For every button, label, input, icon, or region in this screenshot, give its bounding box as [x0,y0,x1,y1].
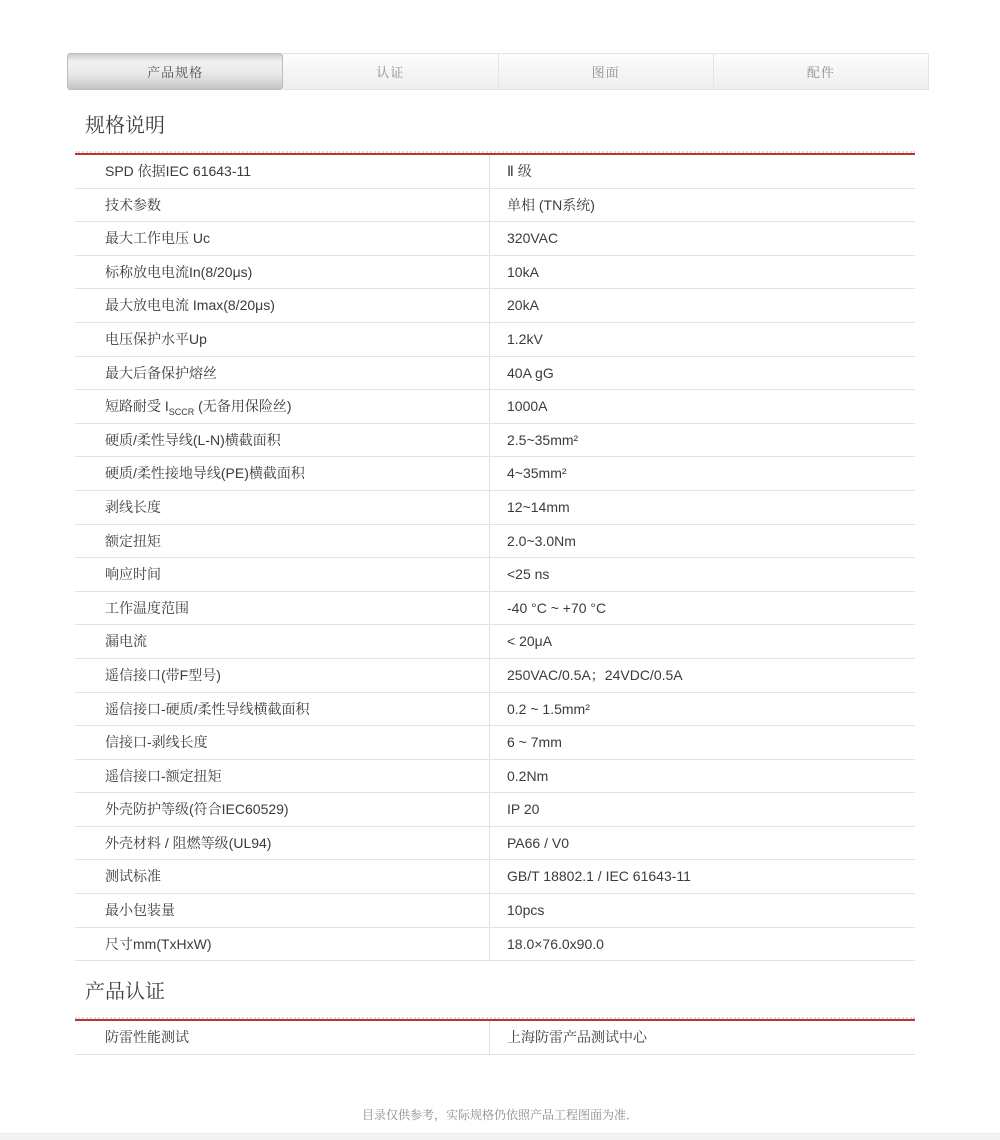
table-row: 外壳材料 / 阻燃等级(UL94) PA66 / V0 [75,827,915,861]
spec-label-text: (无备用保险丝) [194,398,291,414]
cert-value: 上海防雷产品测试中心 [490,1021,915,1054]
spec-value: GB/T 18802.1 / IEC 61643-11 [490,860,915,893]
spec-label: 最大工作电压 Uc [75,222,490,255]
table-row: 遥信接口-额定扭矩 0.2Nm [75,760,915,794]
spec-label: 剥线长度 [75,491,490,524]
spec-value: 12~14mm [490,491,915,524]
spec-section-title: 规格说明 [85,114,915,138]
spec-label: 工作温度范围 [75,592,490,625]
spec-value: 20kA [490,289,915,322]
spec-label: 标称放电电流In(8/20μs) [75,256,490,289]
spec-value: 0.2 ~ 1.5mm² [490,693,915,726]
table-row: 标称放电电流In(8/20μs) 10kA [75,256,915,290]
tab-bar: 产品规格 认证 图面 配件 [67,53,929,90]
table-row: 最大放电电流 Imax(8/20μs) 20kA [75,289,915,323]
table-row: 最大工作电压 Uc 320VAC [75,222,915,256]
table-row: 尺寸mm(TxHxW) 18.0×76.0x90.0 [75,928,915,962]
spec-value: 18.0×76.0x90.0 [490,928,915,961]
disclaimer-note: 目录仅供参考，实际规格仍依照产品工程图面为准． [0,1106,1000,1123]
spec-label: 最小包装量 [75,894,490,927]
spec-label: 漏电流 [75,625,490,658]
spec-label: 遥信接口-额定扭矩 [75,760,490,793]
spec-value: 320VAC [490,222,915,255]
table-row: 漏电流 < 20μA [75,625,915,659]
spec-label: 额定扭矩 [75,525,490,558]
spec-label: 测试标准 [75,860,490,893]
table-row: 最大后备保护熔丝 40A gG [75,357,915,391]
spec-table: SPD 依据IEC 61643-11 Ⅱ 级 技术参数 单相 (TN系统) 最大… [75,155,915,961]
table-row: SPD 依据IEC 61643-11 Ⅱ 级 [75,155,915,189]
spec-value: 2.5~35mm² [490,424,915,457]
table-row: 硬质/柔性导线(L-N)横截面积 2.5~35mm² [75,424,915,458]
spec-label: 最大放电电流 Imax(8/20μs) [75,289,490,322]
spec-value: -40 °C ~ +70 °C [490,592,915,625]
spec-value: 250VAC/0.5A；24VDC/0.5A [490,659,915,692]
spec-value: < 20μA [490,625,915,658]
spec-value: 2.0~3.0Nm [490,525,915,558]
spec-value: 6 ~ 7mm [490,726,915,759]
spec-value: 0.2Nm [490,760,915,793]
cert-label: 防雷性能测试 [75,1021,490,1054]
bottom-divider-band [0,1133,1000,1140]
table-row: 短路耐受 ISCCR (无备用保险丝) 1000A [75,390,915,424]
table-row: 工作温度范围 -40 °C ~ +70 °C [75,592,915,626]
certification-section-title: 产品认证 [85,980,915,1004]
certification-table: 防雷性能测试 上海防雷产品测试中心 [75,1021,915,1055]
spec-label: 遥信接口(带F型号) [75,659,490,692]
tab-accessories[interactable]: 配件 [714,53,929,90]
table-row: 剥线长度 12~14mm [75,491,915,525]
table-row: 遥信接口-硬质/柔性导线横截面积 0.2 ~ 1.5mm² [75,693,915,727]
tab-drawings[interactable]: 图面 [499,53,714,90]
spec-label-subscript: SCCR [169,407,195,417]
spec-label: 短路耐受 ISCCR (无备用保险丝) [75,390,490,423]
spec-value: 4~35mm² [490,457,915,490]
table-row: 额定扭矩 2.0~3.0Nm [75,525,915,559]
spec-label: 最大后备保护熔丝 [75,357,490,390]
table-row: 信接口-剥线长度 6 ~ 7mm [75,726,915,760]
spec-value: PA66 / V0 [490,827,915,860]
table-row: 技术参数 单相 (TN系统) [75,189,915,223]
table-row: 测试标准 GB/T 18802.1 / IEC 61643-11 [75,860,915,894]
spec-label: 信接口-剥线长度 [75,726,490,759]
table-row: 响应时间 <25 ns [75,558,915,592]
table-row: 外壳防护等级(符合IEC60529) IP 20 [75,793,915,827]
spec-value: <25 ns [490,558,915,591]
spec-label: 外壳防护等级(符合IEC60529) [75,793,490,826]
spec-value: IP 20 [490,793,915,826]
table-row: 遥信接口(带F型号) 250VAC/0.5A；24VDC/0.5A [75,659,915,693]
table-row: 电压保护水平Up 1.2kV [75,323,915,357]
certification-section: 产品认证 防雷性能测试 上海防雷产品测试中心 [75,980,915,1055]
spec-label: SPD 依据IEC 61643-11 [75,155,490,188]
table-row: 硬质/柔性接地导线(PE)横截面积 4~35mm² [75,457,915,491]
spec-label: 响应时间 [75,558,490,591]
spec-label: 电压保护水平Up [75,323,490,356]
spec-value: 10kA [490,256,915,289]
tab-certification[interactable]: 认证 [283,53,498,90]
table-row: 防雷性能测试 上海防雷产品测试中心 [75,1021,915,1055]
spec-label: 硬质/柔性导线(L-N)横截面积 [75,424,490,457]
spec-label: 尺寸mm(TxHxW) [75,928,490,961]
spec-label-text: 短路耐受 I [105,398,169,414]
spec-value: 单相 (TN系统) [490,189,915,222]
spec-label: 技术参数 [75,189,490,222]
spec-label: 遥信接口-硬质/柔性导线横截面积 [75,693,490,726]
tab-product-specs[interactable]: 产品规格 [67,53,283,90]
spec-label: 硬质/柔性接地导线(PE)横截面积 [75,457,490,490]
spec-value: Ⅱ 级 [490,155,915,188]
spec-value: 40A gG [490,357,915,390]
spec-value: 1000A [490,390,915,423]
spec-value: 10pcs [490,894,915,927]
spec-value: 1.2kV [490,323,915,356]
table-row: 最小包装量 10pcs [75,894,915,928]
spec-section: 规格说明 SPD 依据IEC 61643-11 Ⅱ 级 技术参数 单相 (TN系… [75,114,915,961]
spec-label: 外壳材料 / 阻燃等级(UL94) [75,827,490,860]
